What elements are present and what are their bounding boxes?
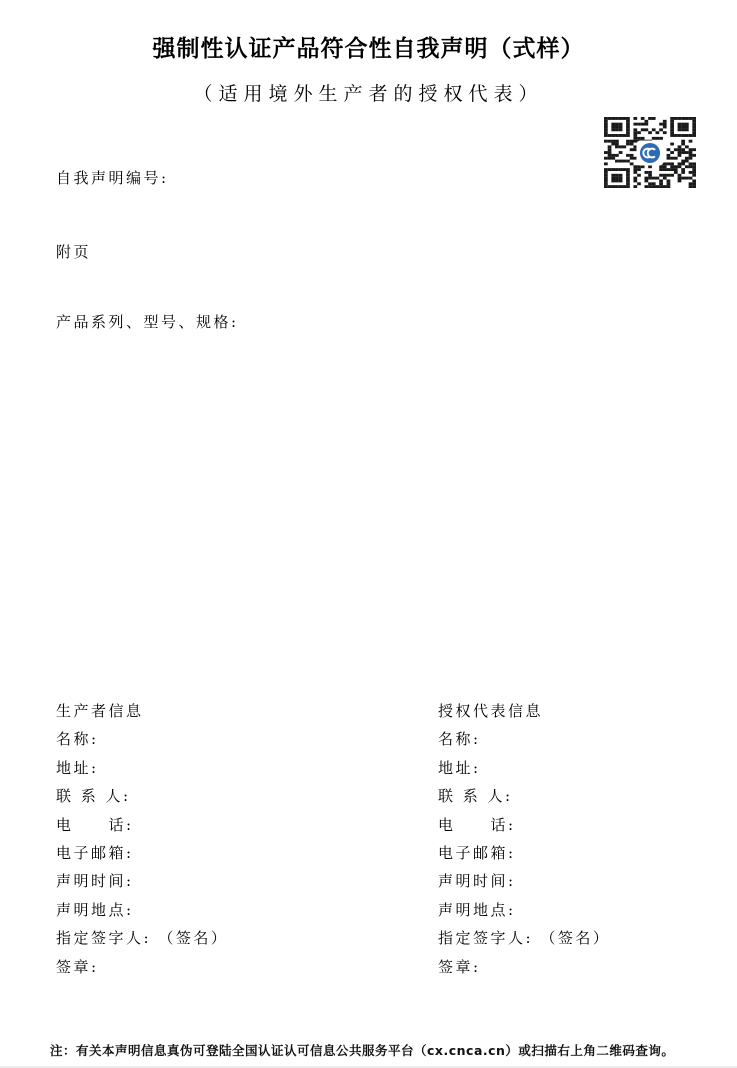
document-title: 强制性认证产品符合性自我声明（式样） <box>0 30 737 63</box>
verification-qr-code <box>604 117 696 188</box>
representative-info-section: 授权代表信息 名称: 地址: 联 系 人: 电 话: 电子邮箱: 声明时间: 声… <box>438 697 610 981</box>
producer-heading: 生产者信息 <box>56 697 228 725</box>
representative-field-signatory: 指定签字人: （签名） <box>438 924 610 952</box>
producer-field-signatory: 指定签字人: （签名） <box>56 924 228 952</box>
representative-field-address: 地址: <box>438 754 610 782</box>
representative-field-declaration-date: 声明时间: <box>438 867 610 895</box>
producer-field-seal: 签章: <box>56 953 228 981</box>
producer-info-section: 生产者信息 名称: 地址: 联 系 人: 电 话: 电子邮箱: 声明时间: 声明… <box>56 697 228 981</box>
producer-field-email: 电子邮箱: <box>56 839 228 867</box>
representative-field-email: 电子邮箱: <box>438 839 610 867</box>
representative-heading: 授权代表信息 <box>438 697 610 725</box>
declaration-document-page: 强制性认证产品符合性自我声明（式样） （适用境外生产者的授权代表） 自我声明编号… <box>0 0 737 1068</box>
representative-field-seal: 签章: <box>438 953 610 981</box>
footer-note: 注：有关本声明信息真伪可登陆全国认证认可信息公共服务平台（cx.cnca.cn）… <box>50 1041 674 1059</box>
representative-field-declaration-place: 声明地点: <box>438 896 610 924</box>
declaration-number-label: 自我声明编号: <box>56 167 169 188</box>
document-subtitle: （适用境外生产者的授权代表） <box>0 79 737 106</box>
ccc-logo-icon <box>637 140 664 165</box>
producer-field-phone: 电 话: <box>56 811 228 839</box>
representative-field-phone: 电 话: <box>438 811 610 839</box>
producer-field-contact: 联 系 人: <box>56 782 228 810</box>
producer-field-address: 地址: <box>56 754 228 782</box>
producer-field-declaration-place: 声明地点: <box>56 896 228 924</box>
producer-field-declaration-date: 声明时间: <box>56 867 228 895</box>
representative-field-name: 名称: <box>438 725 610 753</box>
product-series-label: 产品系列、型号、规格: <box>56 311 239 332</box>
producer-field-name: 名称: <box>56 725 228 753</box>
representative-field-contact: 联 系 人: <box>438 782 610 810</box>
attachment-page-label: 附页 <box>56 241 91 262</box>
